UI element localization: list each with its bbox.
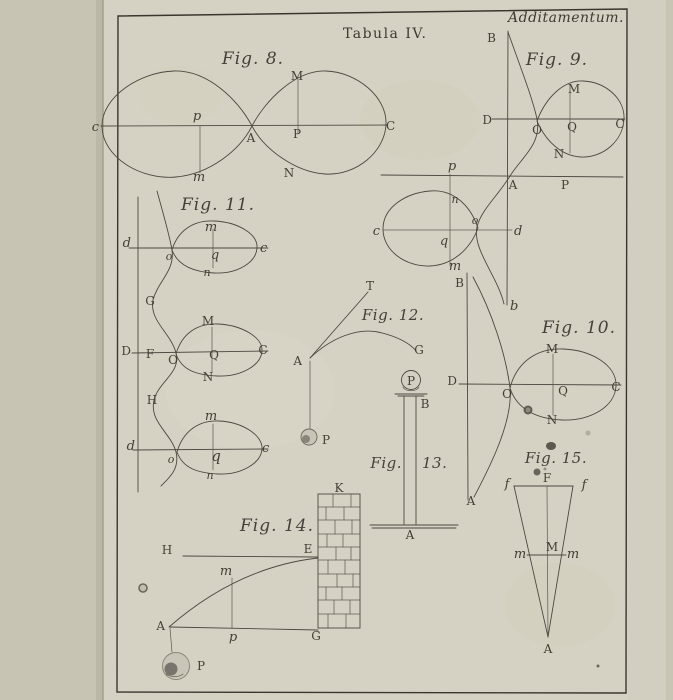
fig9-lower-loop: [383, 191, 478, 266]
fig10-label-Q: Q: [558, 384, 568, 398]
fig14-title: Fig. 14.: [239, 516, 314, 536]
fig14-descent-curve: [169, 558, 318, 627]
fig13-title-left: Fig.: [369, 454, 402, 472]
fig10-title: Fig. 10.: [541, 318, 616, 338]
fig14-brick-courses: [318, 507, 360, 614]
fig11-label-Q: Q: [209, 348, 219, 362]
fig11-label-d1: d: [123, 236, 131, 251]
fig15-label-M: M: [546, 540, 558, 554]
fig9-label-O: O: [532, 123, 542, 137]
ink-speck: [597, 665, 600, 668]
fig11-label-N: N: [203, 370, 214, 384]
fig15-label-m-right: m: [567, 547, 579, 562]
fig14-diagram: Fig. 14. K H E m A p G P: [155, 481, 360, 680]
fig14-label-P: P: [197, 659, 205, 673]
fig15-label-F: F: [543, 471, 551, 485]
fig8-axis-cC: [101, 125, 387, 126]
fig9-vertical-Bb: [507, 31, 508, 305]
fig14-label-E: E: [304, 542, 313, 556]
fig13-label-A: A: [405, 528, 415, 542]
fig10-label-D: D: [447, 374, 457, 388]
fig11-title: Fig. 11.: [180, 195, 255, 215]
fig9-label-o: o: [472, 214, 479, 227]
fig11-label-c1: c: [260, 241, 268, 256]
left-margin: [0, 0, 103, 700]
engraving-plate: Tabula IV. Additamentum. Fig. 8. c C p m…: [0, 0, 673, 700]
fig9-label-A: A: [508, 178, 518, 192]
ink-ring: [139, 584, 147, 592]
fig15-label-m-left: m: [514, 547, 526, 562]
fig9-title: Fig. 9.: [525, 50, 588, 70]
fig8-label-m: m: [193, 170, 205, 185]
fig10-label-B: B: [455, 276, 464, 290]
fig13-label-P: P: [407, 374, 415, 388]
fig14-line-HE: [183, 556, 318, 557]
fig8-label-c: c: [92, 120, 100, 135]
fig9-diagram: Fig. 9. B b D O Q C M N A P p n q m c d …: [373, 31, 625, 314]
fig11-label-m1: m: [205, 220, 217, 235]
fig11-label-C: C: [258, 343, 267, 357]
fig10-label-C: C: [611, 380, 620, 394]
scanned-page: Tabula IV. Additamentum. Fig. 8. c C p m…: [0, 0, 673, 700]
fig11-label-O: O: [168, 353, 178, 367]
fig10-label-O: O: [502, 387, 512, 401]
fig12-tangent-AT: [310, 292, 368, 358]
fig12-label-P: P: [322, 433, 330, 447]
fig12-bob-shading: [302, 435, 310, 443]
fig15-label-f-left: f: [504, 477, 512, 492]
fig8-label-A: A: [246, 131, 256, 145]
fig10-label-N: N: [547, 413, 558, 427]
fig14-label-G: G: [311, 629, 321, 643]
fig14-label-H: H: [162, 543, 172, 557]
fig9-label-n: n: [451, 193, 458, 206]
fig14-label-A: A: [155, 619, 165, 633]
fig14-bob-shading: [165, 663, 178, 676]
ink-blot: [534, 469, 541, 476]
fig10-label-M: M: [546, 342, 558, 356]
ink-smudge: [586, 431, 591, 436]
fig11-label-D: D: [121, 344, 131, 358]
paper-mottle: [138, 65, 222, 125]
paper-mottle: [505, 563, 615, 647]
fig9-label-c: c: [373, 224, 381, 239]
fig12-label-A: A: [292, 354, 302, 368]
ink-blot: [546, 442, 556, 450]
fig11-label-n2: n: [206, 469, 213, 482]
fig9-label-B: B: [487, 31, 496, 45]
fig11-label-o2: o: [168, 453, 175, 466]
fig9-label-b: b: [510, 299, 518, 314]
fig11-label-H: H: [147, 393, 157, 407]
fig9-label-d: d: [514, 224, 522, 239]
fig10-line-DC: [459, 384, 621, 385]
fig8-label-C: C: [386, 119, 395, 133]
fig8-label-N: N: [284, 166, 295, 180]
fig15-title: Fig. 15.: [524, 449, 587, 467]
fig14-label-K: K: [335, 481, 345, 495]
fig11-label-d2: d: [127, 439, 135, 454]
fig11-label-q2: q: [211, 447, 221, 465]
fig11-label-n1: n: [203, 266, 210, 279]
fig8-diagram: Fig. 8. c C p m A P M N: [92, 49, 395, 185]
fig14-brick-joints: [326, 494, 353, 628]
fig11-label-c2: c: [262, 441, 270, 456]
fig8-label-M: M: [291, 69, 303, 83]
fig9-label-C: C: [615, 117, 624, 131]
fig13-title-right: 13.: [422, 454, 447, 472]
fig15-label-A: A: [543, 642, 553, 656]
ink-speck: [544, 468, 547, 471]
fig13-flange: [395, 394, 427, 396]
fig8-label-P: P: [293, 127, 301, 141]
fig9-label-P: P: [561, 178, 569, 192]
fig11-label-F: F: [146, 347, 154, 361]
fig11-serpentine-curve: [153, 191, 177, 486]
fig9-label-Q: Q: [567, 120, 577, 134]
fig13-label-B: B: [421, 397, 430, 411]
fig14-wall-outline: [318, 494, 360, 628]
fig11-label-o1: o: [166, 250, 173, 263]
fig12-arc-AG: [310, 331, 416, 358]
ink-spot: [525, 407, 532, 414]
fig11-label-m2: m: [205, 409, 217, 424]
fig11-label-M: M: [202, 314, 214, 328]
fig9-label-D: D: [482, 113, 492, 127]
fig13-post: [404, 396, 416, 524]
fig11-label-q1: q: [211, 248, 219, 263]
fig14-plumb-string: [170, 628, 172, 652]
plate-header-additamentum: Additamentum.: [506, 10, 624, 26]
fig10-label-A: A: [466, 494, 476, 508]
fig14-label-p: p: [229, 630, 238, 645]
fig9-label-p: p: [448, 159, 457, 174]
fig13-diagram: Fig. 13. P B A: [369, 371, 458, 543]
fig9-label-m: m: [449, 259, 461, 274]
fig12-label-G: G: [414, 343, 424, 357]
left-margin-shadow: [96, 0, 103, 700]
fig15-label-f-right: f: [581, 478, 589, 493]
fig9-label-N: N: [554, 147, 565, 161]
fig9-label-q: q: [440, 234, 448, 249]
fig9-label-M: M: [568, 82, 580, 96]
fig10-vertical-BA: [467, 273, 468, 500]
fig12-title: Fig. 12.: [361, 306, 424, 324]
fig11-label-G: G: [145, 294, 155, 308]
plate-title: Tabula IV.: [343, 26, 428, 42]
fig14-label-m: m: [220, 564, 232, 579]
fig8-title: Fig. 8.: [221, 49, 284, 69]
right-edge-shade: [666, 0, 673, 700]
fig9-line-AP: [381, 175, 623, 177]
fig12-label-T: T: [366, 279, 374, 293]
fig8-label-p: p: [193, 109, 202, 124]
fig14-line-AG: [170, 627, 318, 630]
